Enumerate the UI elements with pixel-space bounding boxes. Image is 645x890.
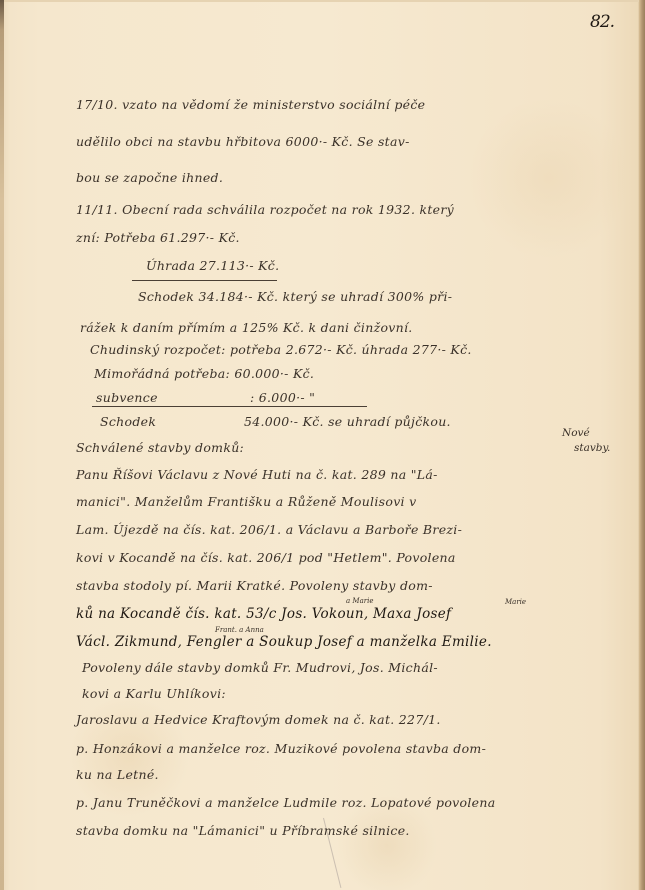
deficit-label: Schodek — [100, 414, 156, 429]
subsidy-value: : 6.000·- " — [250, 390, 315, 405]
manuscript-page: 82. Nové stavby. 17/10. vzato na vědomí … — [0, 0, 645, 890]
entry-line: Václ. Zikmund, Fengler a Soukup Josef a … — [76, 634, 492, 650]
budget-need-line: zní: Potřeba 61.297·- Kč. — [76, 230, 240, 245]
interlinear-note: Marie — [505, 598, 526, 606]
entry-line: rážek k daním přímím a 125% Kč. k dani č… — [80, 320, 413, 335]
entry-line: bou se započne ihned. — [76, 170, 223, 185]
entry-line: udělilo obci na stavbu hřbitova 6000·- K… — [76, 134, 410, 149]
page-right-edge — [639, 0, 645, 890]
entry-line: Panu Říšovi Václavu z Nové Huti na č. ka… — [76, 467, 438, 482]
entry-line: p. Janu Truněčkovi a manželce Ludmile ro… — [76, 795, 495, 810]
budget-cover-line: Úhrada 27.113·- Kč. — [146, 258, 279, 273]
entry-line: stavba stodoly pí. Marii Kratké. Povolen… — [76, 578, 433, 593]
entry-line: kovi a Karlu Uhlíkovi: — [82, 686, 226, 701]
deficit-line: Schodek 34.184·- Kč. který se uhradí 300… — [138, 289, 452, 304]
entry-line: 17/10. vzato na vědomí že ministerstvo s… — [76, 97, 425, 112]
entry-line: Lam. Újezdě na čís. kat. 206/1. a Václav… — [76, 522, 462, 537]
entry-line: stavba domku na "Lámanici" u Příbramské … — [76, 823, 410, 838]
margin-note-line: stavby. — [562, 441, 610, 456]
sum-rule — [92, 406, 367, 407]
entry-line: ků na Kocandě čís. kat. 53/c Jos. Vokoun… — [76, 606, 451, 622]
sum-rule — [132, 280, 277, 281]
page-left-edge — [0, 0, 4, 890]
entry-line: Povoleny dále stavby domků Fr. Mudrovi, … — [82, 660, 438, 675]
poor-budget-line: Chudinský rozpočet: potřeba 2.672·- Kč. … — [90, 342, 472, 357]
entry-line: kovi v Kocandě na čís. kat. 206/1 pod "H… — [76, 550, 456, 565]
interlinear-note: Frant. a Anna — [215, 626, 264, 634]
subsidy-label: subvence — [96, 390, 158, 405]
entry-line: 11/11. Obecní rada schválila rozpočet na… — [76, 202, 454, 217]
page-number: 82. — [590, 12, 614, 32]
entry-line: ku na Letné. — [76, 767, 159, 782]
entry-line: Jaroslavu a Hedvice Kraftovým domek na č… — [76, 712, 441, 727]
deficit-value: 54.000·- Kč. se uhradí půjčkou. — [244, 414, 451, 429]
entry-line: manici". Manželům Františku a Růženě Mou… — [76, 494, 417, 509]
extraordinary-need-line: Mimořádná potřeba: 60.000·- Kč. — [94, 366, 314, 381]
margin-note: Nové stavby. — [562, 426, 610, 456]
entry-line: p. Honzákovi a manželce roz. Muzikové po… — [76, 741, 486, 756]
margin-note-line: Nové — [562, 426, 610, 441]
section-heading: Schválené stavby domků: — [76, 440, 244, 455]
interlinear-note: a Marie — [346, 597, 373, 605]
